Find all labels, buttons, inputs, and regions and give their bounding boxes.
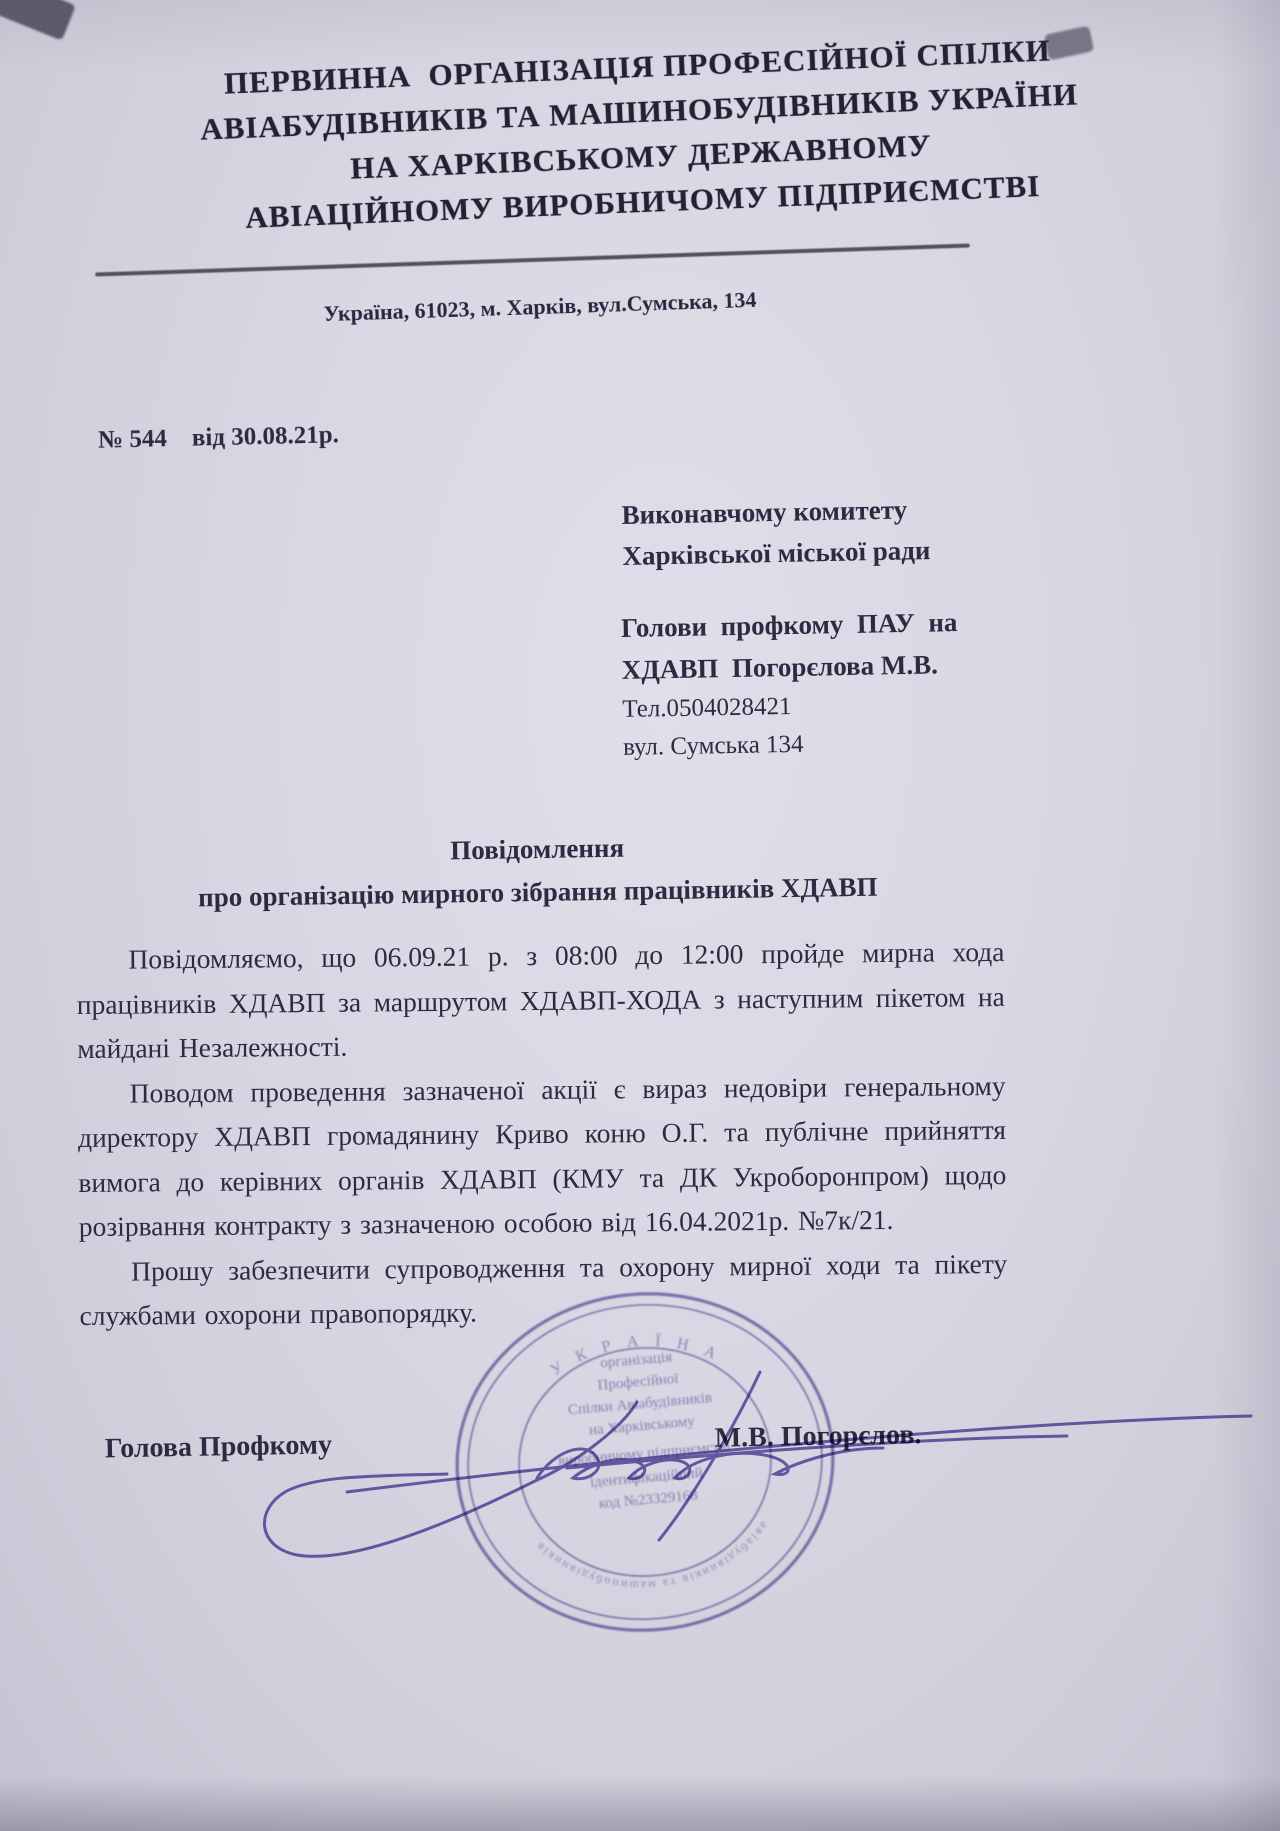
- sender-block: Голови профкому ПАУ на ХДАВП Погорєлова …: [621, 601, 960, 767]
- stamp-center-line-7: код №23329168: [598, 1488, 698, 1513]
- document-title: Повідомлення про організацію мирного зіб…: [0, 820, 1076, 923]
- body-paragraph-2: Поводом проведення зазначеної акції є ви…: [77, 1063, 1007, 1249]
- stamp-ring-text-bottom: авіабудівників та машинобудівників: [531, 1519, 776, 1603]
- body-paragraph-1: Повідомляємо, що 06.09.21 р. з 08:00 до …: [76, 930, 1005, 1072]
- letter-body: Повідомляємо, що 06.09.21 р. з 08:00 до …: [76, 930, 1007, 1339]
- letterhead-address: Україна, 61023, м. Харків, вул.Сумська, …: [0, 276, 1080, 338]
- sender-line-2: ХДАВП Погорєлова М.В.: [621, 643, 958, 691]
- photo-corner-artifact: [0, 0, 76, 41]
- letterhead-divider-line: [95, 243, 970, 276]
- body-paragraph-3: Прошу забезпечити супроводження та охоро…: [79, 1241, 1008, 1338]
- sender-phone: Тел.0504028421: [622, 685, 959, 729]
- signature-name: М.В. Погорєлов.: [714, 1419, 921, 1455]
- stamp-center-line-1: організація: [600, 1349, 673, 1371]
- sender-street: вул. Сумська 134: [623, 723, 960, 767]
- recipient-line-2: Харківської міської ради: [622, 530, 931, 577]
- stamp-center-line-2: Професійної: [597, 1371, 680, 1394]
- reference-number-line: № 544 від 30.08.21р.: [98, 421, 339, 454]
- signature-role-label: Голова Профкому: [105, 1429, 333, 1465]
- recipient-line-1: Виконавчому комитету: [621, 489, 930, 536]
- stamp-center-line-3: Спілки Авіабудівників: [567, 1390, 712, 1419]
- letterhead-org-name: ПЕРВИННА ОРГАНІЗАЦІЯ ПРОФЕСІЙНОЇ СПІЛКИ …: [0, 18, 1280, 249]
- scanned-letter-photo: ПЕРВИННА ОРГАНІЗАЦІЯ ПРОФЕСІЙНОЇ СПІЛКИ …: [0, 0, 1280, 1831]
- signature-row: Голова Профкому М.В. Погорєлов.: [0, 1413, 1280, 1495]
- svg-text:авіабудівників та машинобудівн: авіабудівників та машинобудівників: [531, 1519, 776, 1603]
- handwritten-signature: [235, 1368, 1275, 1638]
- sender-line-1: Голови профкому ПАУ на: [621, 601, 958, 649]
- recipient-block: Виконавчому комитету Харківської міської…: [621, 489, 931, 577]
